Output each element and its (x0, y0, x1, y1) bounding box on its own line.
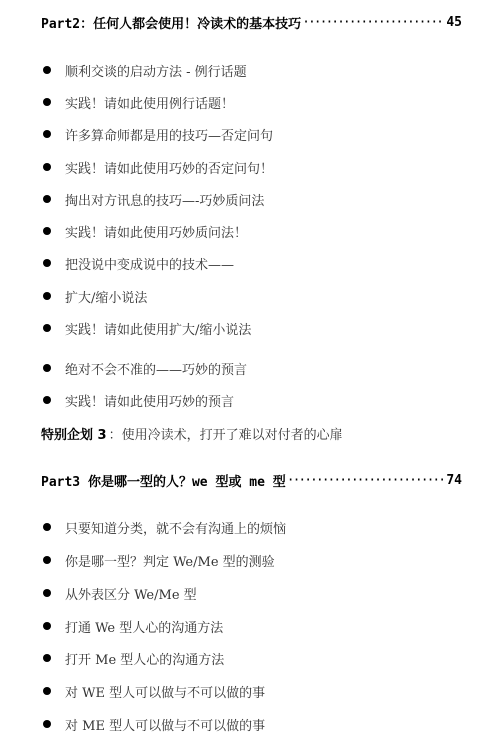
toc-item[interactable]: 实践！请如此使用扩大/缩小说法 (41, 318, 251, 338)
item-label: 扩大/缩小说法 (65, 287, 147, 306)
bullet-icon (43, 589, 51, 597)
bullet-icon (43, 227, 51, 235)
item-label: 把没说中变成说中的技术—— (65, 254, 234, 273)
item-label: 你是哪一型？判定 We/Me 型的测验 (65, 551, 275, 570)
item-label: 从外表区分 We/Me 型 (65, 584, 197, 603)
item-label: 实践！请如此使用扩大/缩小说法 (65, 319, 251, 338)
bullet-icon (43, 622, 51, 630)
item-label: 实践！请如此使用巧妙的否定问句！ (65, 158, 273, 177)
bullet-icon (43, 98, 51, 106)
item-label: 顺利交谈的启动方法 - 例行话题 (65, 61, 247, 80)
item-label: 对 ME 型人可以做与不可以做的事 (65, 715, 265, 734)
item-label: 对 WE 型人可以做与不可以做的事 (65, 682, 265, 701)
page-number: 74 (446, 473, 462, 488)
toc-item[interactable]: 只要知道分类，就不会有沟通上的烦恼 (41, 517, 286, 537)
toc-item[interactable]: 实践！请如此使用巧妙的否定问句！ (41, 157, 273, 177)
bullet-icon (43, 396, 51, 404)
toc-item[interactable]: 绝对不会不准的——巧妙的预言 (41, 358, 247, 378)
dot-leader: ········································… (287, 473, 446, 488)
item-label: 实践！请如此使用例行话题！ (65, 93, 234, 112)
page-number: 45 (446, 15, 462, 30)
toc-special-feature[interactable]: 特别企划 3 ：使用冷读术，打开了难以对付者的心扉 (41, 423, 343, 443)
bullet-icon (43, 292, 51, 300)
item-label: 打通 We 型人心的沟通方法 (65, 617, 223, 636)
bullet-icon (43, 556, 51, 564)
special-label: 特别企划 3 (41, 424, 107, 443)
bullet-icon (43, 720, 51, 728)
bullet-icon (43, 259, 51, 267)
item-label: 实践！请如此使用巧妙质问法！ (65, 222, 247, 241)
toc-item[interactable]: 实践！请如此使用巧妙的预言 (41, 390, 234, 410)
item-label: 掏出对方讯息的技巧—-巧妙质问法 (65, 190, 264, 209)
bullet-icon (43, 324, 51, 332)
item-label: 许多算命师都是用的技巧—否定问句 (65, 125, 273, 144)
toc-item[interactable]: 顺利交谈的启动方法 - 例行话题 (41, 60, 247, 80)
item-label: 实践！请如此使用巧妙的预言 (65, 391, 234, 410)
toc-heading-part3[interactable]: Part3 你是哪一型的人？we 型或 me 型 ···············… (41, 470, 462, 490)
toc-item[interactable]: 掏出对方讯息的技巧—-巧妙质问法 (41, 189, 264, 209)
bullet-icon (43, 523, 51, 531)
toc-heading-part2[interactable]: Part2：任何人都会使用！冷读术的基本技巧 ·················… (41, 12, 462, 32)
item-label: 只要知道分类，就不会有沟通上的烦恼 (65, 518, 286, 537)
bullet-icon (43, 66, 51, 74)
bullet-icon (43, 163, 51, 171)
heading-title: Part2：任何人都会使用！冷读术的基本技巧 (41, 13, 301, 32)
toc-item[interactable]: 许多算命师都是用的技巧—否定问句 (41, 124, 273, 144)
bullet-icon (43, 130, 51, 138)
bullet-icon (43, 364, 51, 372)
special-text: ：使用冷读术，打开了难以对付者的心扉 (109, 424, 343, 443)
bullet-icon (43, 687, 51, 695)
item-label: 打开 Me 型人心的沟通方法 (65, 649, 224, 668)
toc-item[interactable]: 打开 Me 型人心的沟通方法 (41, 648, 224, 668)
toc-item[interactable]: 对 ME 型人可以做与不可以做的事 (41, 714, 265, 734)
toc-item[interactable]: 实践！请如此使用巧妙质问法！ (41, 221, 247, 241)
toc-item[interactable]: 你是哪一型？判定 We/Me 型的测验 (41, 550, 275, 570)
toc-item[interactable]: 对 WE 型人可以做与不可以做的事 (41, 681, 265, 701)
dot-leader: ········································… (302, 15, 445, 30)
heading-title: Part3 你是哪一型的人？we 型或 me 型 (41, 471, 286, 490)
toc-item[interactable]: 打通 We 型人心的沟通方法 (41, 616, 223, 636)
toc-item[interactable]: 从外表区分 We/Me 型 (41, 583, 197, 603)
bullet-icon (43, 654, 51, 662)
toc-item[interactable]: 把没说中变成说中的技术—— (41, 253, 234, 273)
toc-item[interactable]: 实践！请如此使用例行话题！ (41, 92, 234, 112)
item-label: 绝对不会不准的——巧妙的预言 (65, 359, 247, 378)
bullet-icon (43, 195, 51, 203)
toc-item[interactable]: 扩大/缩小说法 (41, 286, 147, 306)
